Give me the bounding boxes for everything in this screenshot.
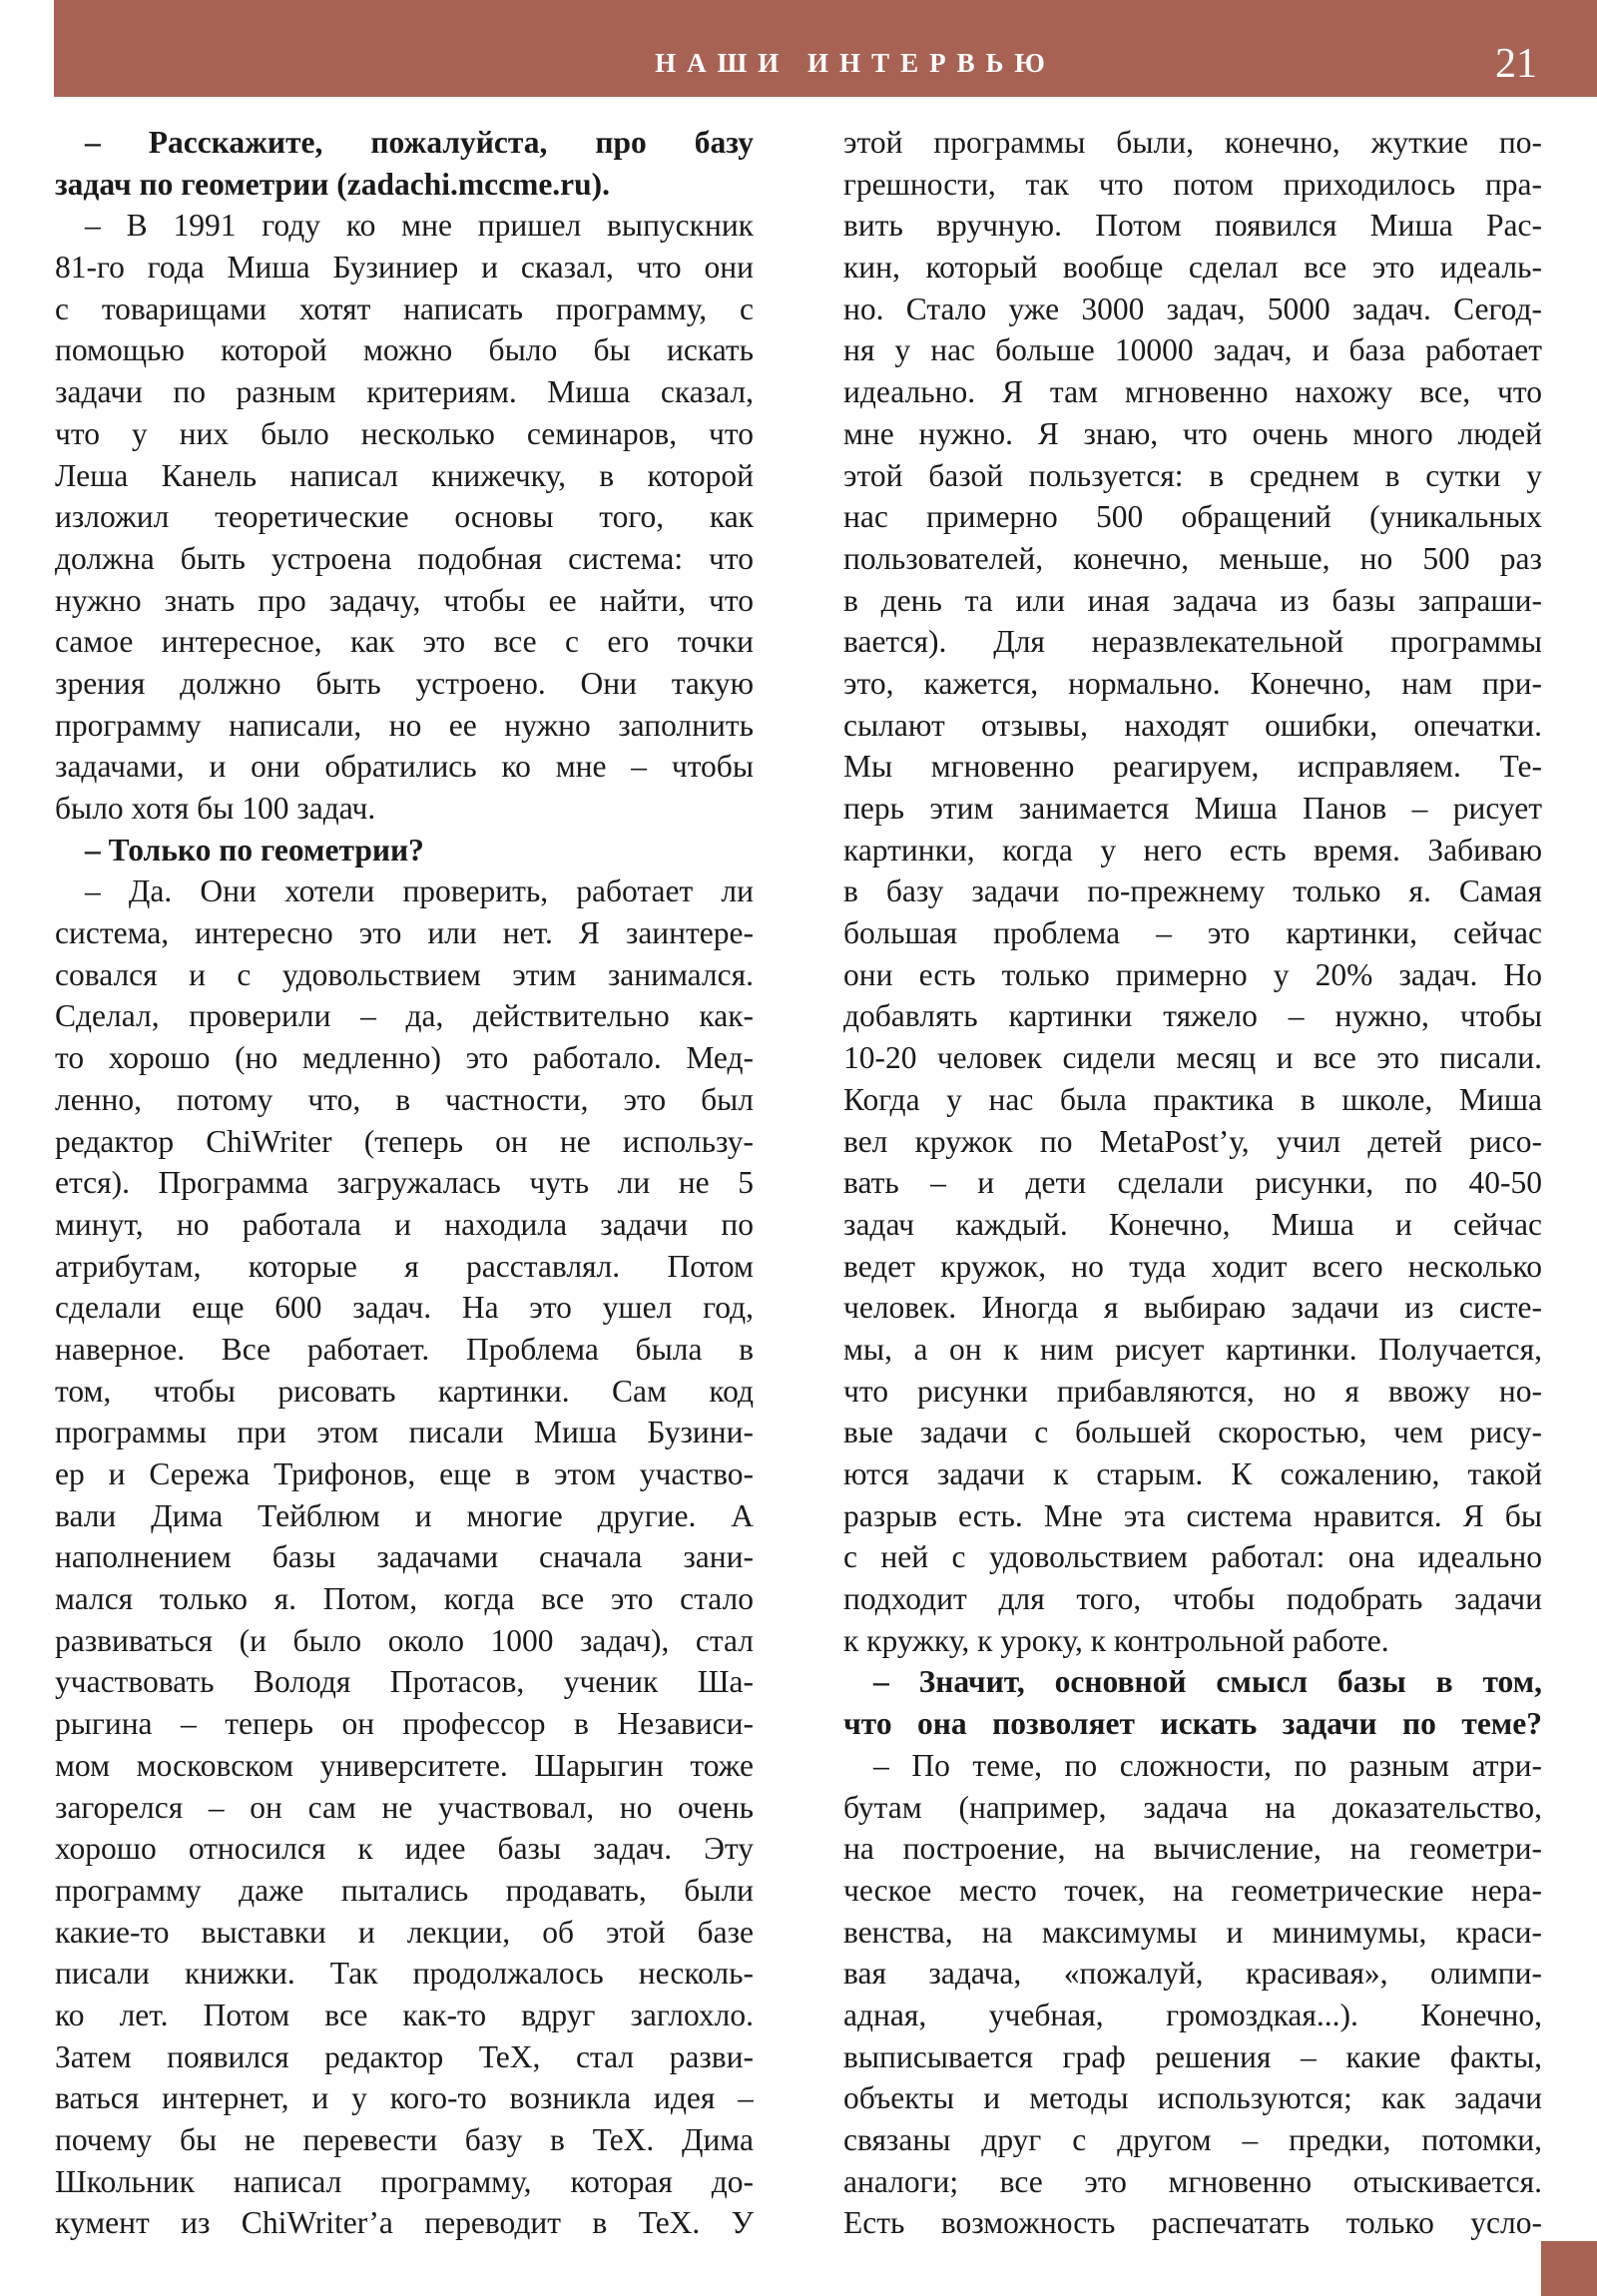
text-line: добавлять картинки тяжело – нужно, чтобы [843,995,1542,1037]
text-line: – В 1991 году ко мне пришел выпускник [55,205,754,247]
section-title: НАШИ ИНТЕРВЬЮ [54,48,1597,79]
text-line: наверное. Все работает. Проблема была в [55,1329,754,1371]
text-line: человек. Иногда я выбираю задачи из сист… [843,1287,1542,1329]
section-header-bar: НАШИ ИНТЕРВЬЮ 21 [54,0,1597,97]
text-line: почему бы не перевести базу в TeX. Дима [55,2119,754,2161]
text-line: задачи по разным критериям. Миша сказал, [55,371,754,413]
text-line: это, кажется, нормально. Конечно, нам пр… [843,663,1542,705]
text-line: совался и с удовольствием этим занимался… [55,954,754,996]
text-line: картинки, когда у него есть время. Забив… [843,830,1542,871]
text-line: в базу задачи по-прежнему только я. Сама… [843,870,1542,912]
text-line: ческое место точек, на геометрические не… [843,1870,1542,1912]
text-line: подходит для того, чтобы подобрать задач… [843,1578,1542,1620]
text-line: кин, который вообще сделал все это идеал… [843,247,1542,288]
text-line: перь этим занимается Миша Панов – рисует [843,788,1542,830]
text-line: редактор ChiWriter (теперь он не использ… [55,1121,754,1163]
text-line: бутам (например, задача на доказательств… [843,1787,1542,1829]
text-line: сделали еще 600 задач. На это ушел год, [55,1287,754,1329]
corner-decoration [1541,2241,1597,2296]
text-line: вые задачи с большей скоростью, чем рису… [843,1412,1542,1453]
text-line: мался только я. Потом, когда все это ста… [55,1578,754,1620]
text-line: связаны друг с другом – предки, потомки, [843,2119,1542,2161]
text-line: система, интересно это или нет. Я заинте… [55,912,754,954]
text-line: аналоги; все это мгновенно отыскивается. [843,2161,1542,2203]
page-number: 21 [1495,40,1537,88]
text-line: мом московском университете. Шарыгин тож… [55,1745,754,1787]
question-line: задач по геометрии (zadachi.mccme.ru). [55,164,754,206]
text-line: программы при этом писали Миша Бузини- [55,1412,754,1453]
text-line: развиваться (и было около 1000 задач), с… [55,1620,754,1662]
text-line: вали Дима Тейблюм и многие другие. А [55,1495,754,1537]
text-line: ведет кружок, но туда ходит всего нескол… [843,1246,1542,1288]
text-line: минут, но работала и находила задачи по [55,1204,754,1246]
text-line: хорошо относился к идее базы задач. Эту [55,1828,754,1870]
text-line: вается). Для неразвлекательной программы [843,621,1542,663]
text-line: – Да. Они хотели проверить, работает ли [55,870,754,912]
text-line: Сделал, проверили – да, действительно ка… [55,995,754,1037]
text-line: в день та или иная задача из базы запраш… [843,580,1542,622]
text-line: атрибутам, которые я расставлял. Потом [55,1246,754,1288]
text-line: рыгина – теперь он профессор в Независи- [55,1703,754,1745]
text-line: пользователей, конечно, меньше, но 500 р… [843,538,1542,580]
text-line: то хорошо (но медленно) это работало. Ме… [55,1037,754,1079]
text-line: венства, на максимумы и минимумы, краси- [843,1912,1542,1954]
text-line: что рисунки прибавляются, но я ввожу но- [843,1371,1542,1413]
text-line: к кружку, к уроку, к контрольной работе. [843,1620,1542,1662]
text-line: мы, а он к ним рисует картинки. Получает… [843,1329,1542,1371]
text-line: нас примерно 500 обращений (уникальных [843,496,1542,538]
text-line: было хотя бы 100 задач. [55,788,754,830]
text-line: должна быть устроена подобная система: ч… [55,538,754,580]
text-line: этой программы были, конечно, жуткие по- [843,122,1542,164]
text-line: ленно, потому что, в частности, это был [55,1079,754,1121]
text-line: том, чтобы рисовать картинки. Сам код [55,1371,754,1413]
text-line: этой базой пользуется: в среднем в сутки… [843,455,1542,497]
text-line: помощью которой можно было бы искать [55,329,754,371]
text-line: нужно знать про задачу, чтобы ее найти, … [55,580,754,622]
text-line: вать – и дети сделали рисунки, по 40-50 [843,1162,1542,1204]
text-line: выписывается граф решения – какие факты, [843,2036,1542,2078]
text-line: задач каждый. Конечно, Миша и сейчас [843,1204,1542,1246]
text-line: что у них было несколько семинаров, что [55,413,754,455]
text-line: сылают отзывы, находят ошибки, опечатки. [843,705,1542,747]
text-line: зрения должно быть устроено. Они такую [55,663,754,705]
text-line: Леша Канель написал книжечку, в которой [55,455,754,497]
text-line: писали книжки. Так продолжалось несколь- [55,1953,754,1995]
text-line: но. Стало уже 3000 задач, 5000 задач. Се… [843,288,1542,330]
text-line: задачами, и они обратились ко мне – чтоб… [55,746,754,788]
text-line: большая проблема – это картинки, сейчас [843,912,1542,954]
text-line: адная, учебная, громоздкая...). Конечно, [843,1995,1542,2036]
text-line: изложил теоретические основы того, как [55,496,754,538]
question-line: – Значит, основной смысл базы в том, [843,1661,1542,1703]
text-line: загорелся – он сам не участвовал, но оче… [55,1787,754,1829]
text-line: наполнением базы задачами сначала зани- [55,1536,754,1578]
text-line: ется). Программа загружалась чуть ли не … [55,1162,754,1204]
text-line: Мы мгновенно реагируем, исправляем. Те- [843,746,1542,788]
text-line: на построение, на вычисление, на геометр… [843,1828,1542,1870]
text-line: вел кружок по MetaPost’у, учил детей рис… [843,1121,1542,1163]
text-line: вить вручную. Потом появился Миша Рас- [843,205,1542,247]
text-line: самое интересное, как это все с его точк… [55,621,754,663]
text-line: кумент из ChiWriter’а переводит в TeX. У [55,2202,754,2244]
text-line: Когда у нас была практика в школе, Миша [843,1079,1542,1121]
question-line: – Расскажите, пожалуйста, про базу [55,122,754,164]
text-line: грешности, так что потом приходилось пра… [843,164,1542,206]
text-line: с товарищами хотят написать программу, с [55,288,754,330]
text-line: участвовать Володя Протасов, ученик Ша- [55,1661,754,1703]
text-line: ваться интернет, и у кого-то возникла ид… [55,2077,754,2119]
text-line: ются задачи к старым. К сожалению, такой [843,1453,1542,1495]
text-line: идеально. Я там мгновенно нахожу все, чт… [843,371,1542,413]
text-line: программу написали, но ее нужно заполнит… [55,705,754,747]
text-line: 81-го года Миша Бузиниер и сказал, что о… [55,247,754,288]
text-line: какие-то выставки и лекции, об этой базе [55,1912,754,1954]
text-line: разрыв есть. Мне эта система нравится. Я… [843,1495,1542,1537]
question-line: что она позволяет искать задачи по теме? [843,1703,1542,1745]
text-line: они есть только примерно у 20% задач. Но [843,954,1542,996]
text-line: ня у нас больше 10000 задач, и база рабо… [843,329,1542,371]
text-line: программу даже пытались продавать, были [55,1870,754,1912]
text-line: объекты и методы используются; как задач… [843,2077,1542,2119]
text-line: ер и Сережа Трифонов, еще в этом участво… [55,1453,754,1495]
text-line: Затем появился редактор TeX, стал разви- [55,2036,754,2078]
text-line: 10-20 человек сидели месяц и все это пис… [843,1037,1542,1079]
text-line: с ней с удовольствием работал: она идеал… [843,1536,1542,1578]
text-line: вая задача, «пожалуй, красивая», олимпи- [843,1953,1542,1995]
text-line: Школьник написал программу, которая до- [55,2161,754,2203]
text-line: ко лет. Потом все как-то вдруг заглохло. [55,1995,754,2036]
left-text-column: – Расскажите, пожалуйста, про базузадач … [55,122,754,2244]
text-line: – По теме, по сложности, по разным атри- [843,1745,1542,1787]
right-text-column: этой программы были, конечно, жуткие по-… [843,122,1542,2244]
text-line: мне нужно. Я знаю, что очень много людей [843,413,1542,455]
question-line: – Только по геометрии? [55,830,754,871]
text-line: Есть возможность распечатать только усло… [843,2202,1542,2244]
